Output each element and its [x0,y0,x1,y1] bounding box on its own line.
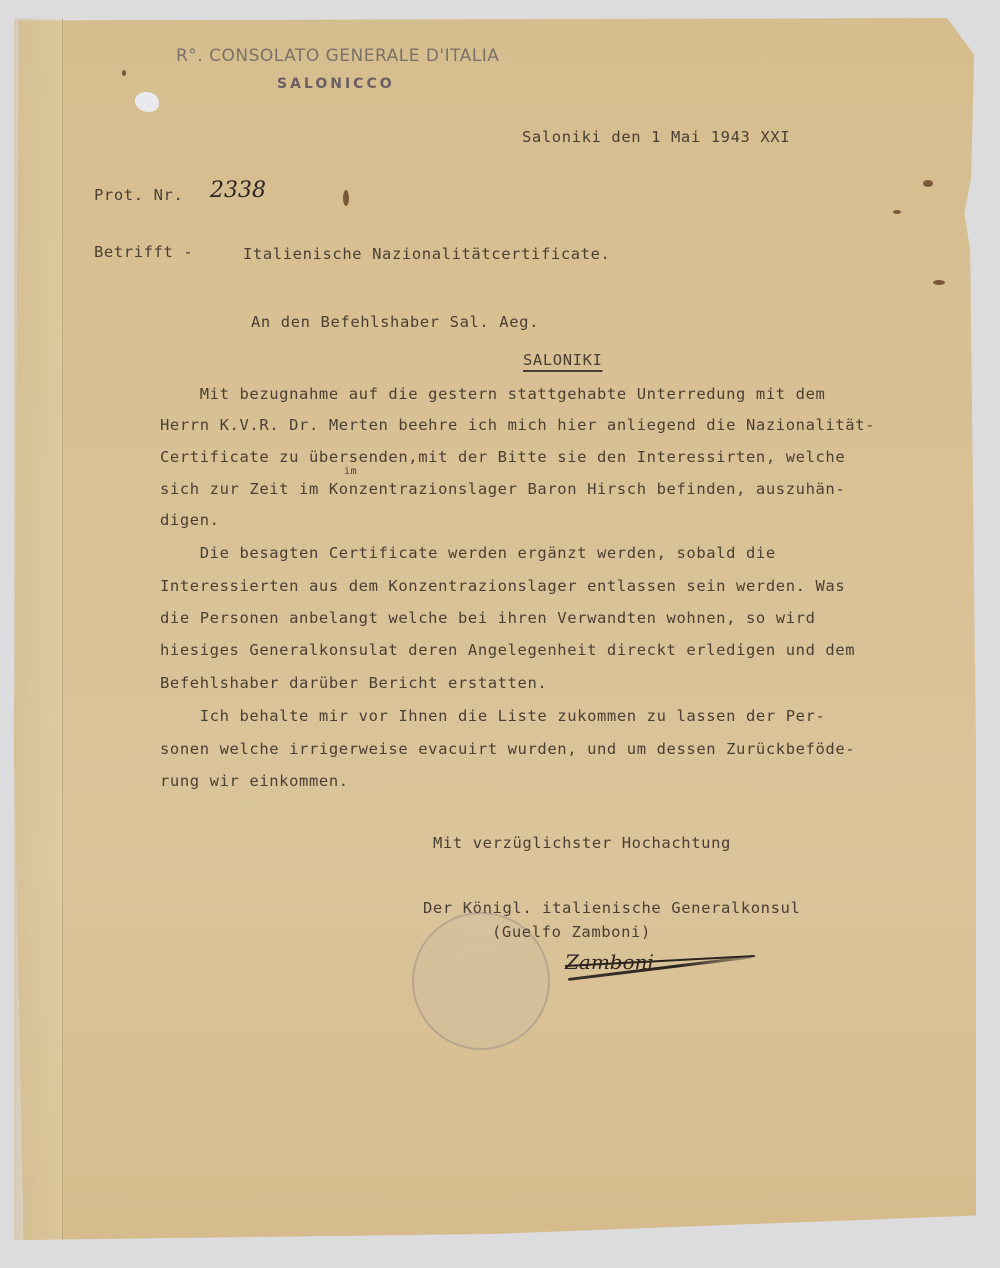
body-line: hiesiges Generalkonsulat deren Angelegen… [160,641,855,659]
body-line: Ich behalte mir vor Ihnen die Liste zuko… [160,707,825,725]
ink-stain [933,280,945,285]
body-line: digen. [160,511,220,529]
closing-salutation: Mit verzüglichster Hochachtung [433,834,731,852]
body-line: Herrn K.V.R. Dr. Merten beehre ich mich … [160,416,875,434]
interlinear-correction: im [344,466,357,477]
signatory-name: (Guelfo Zamboni) [492,923,651,941]
recipient-city: SALONIKI [523,351,602,369]
letterhead-city: SALONICCO [277,76,395,92]
body-line: Interessierten aus dem Konzentrazionslag… [160,577,845,595]
ink-stain [923,180,933,187]
letterhead-consulate: R°. CONSOLATO GENERALE D'ITALIA [176,46,499,66]
tape-strip [14,18,63,1240]
ink-stain [893,210,901,214]
paper-hole [135,92,159,112]
body-line: sich zur Zeit im Konzentrazionslager Bar… [160,480,845,498]
date-line: Saloniki den 1 Mai 1943 XXI [522,128,790,146]
body-line: Certificate zu übersenden,mit der Bitte … [160,448,845,466]
body-line: rung wir einkommen. [160,772,349,790]
body-line: Die besagten Certificate werden ergänzt … [160,544,776,562]
protocol-label: Prot. Nr. [94,186,183,204]
body-line: die Personen anbelangt welche bei ihren … [160,609,816,627]
body-line: Befehlshaber darüber Bericht erstatten. [160,674,547,692]
signatory-title: Der Königl. italienische Generalkonsul [423,899,800,917]
recipient-line: An den Befehlshaber Sal. Aeg. [251,313,539,331]
body-line: sonen welche irrigerweise evacuirt wurde… [160,740,855,758]
subject-label: Betrifft - [94,243,193,261]
ink-stain [122,70,126,76]
subject-text: Italienische Nazionalitätcertificate. [243,245,610,263]
body-line: Mit bezugnahme auf die gestern stattgeha… [160,385,825,403]
ink-stain [343,190,349,206]
protocol-number: 2338 [210,178,266,203]
